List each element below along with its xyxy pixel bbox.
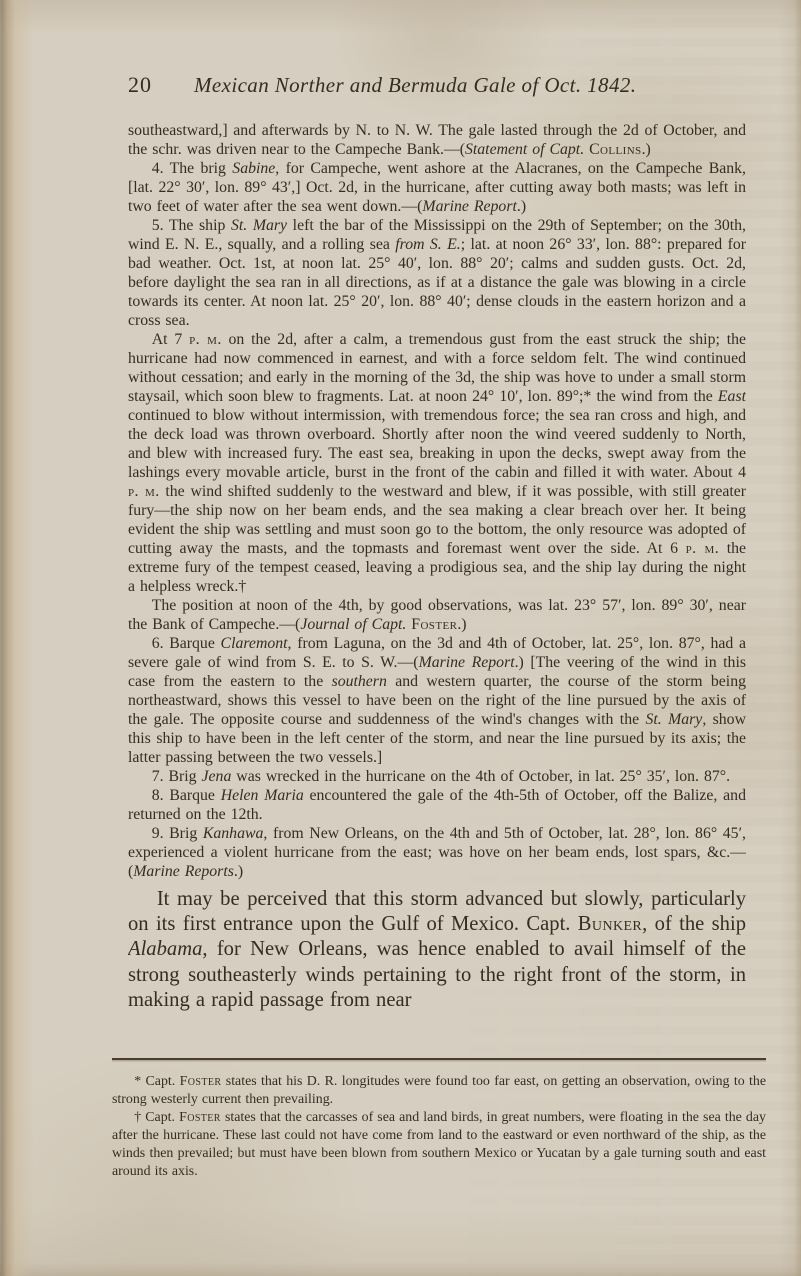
para-schr-continuation: southeastward,] and afterwards by N. to …	[128, 121, 746, 159]
para-5-ship-st-mary: 5. The ship St. Mary left the bar of the…	[128, 216, 746, 330]
para-st-mary-hurricane-narrative: At 7 p. m. on the 2d, after a calm, a tr…	[128, 330, 746, 596]
footnote-dagger: † Capt. Foster states that the carcasses…	[112, 1109, 766, 1181]
para-4-brig-sabine: 4. The brig Sabine, for Campeche, went a…	[128, 159, 746, 216]
footnote-asterisk: * Capt. Foster states that his D. R. lon…	[112, 1073, 766, 1109]
footnote-separator-rule	[112, 1058, 766, 1060]
footnotes-section: * Capt. Foster states that his D. R. lon…	[112, 1058, 766, 1181]
para-9-brig-kanhawa: 9. Brig Kanhawa, from New Orleans, on th…	[128, 824, 746, 881]
text-block: southeastward,] and afterwards by N. to …	[128, 121, 746, 1053]
page-number: 20	[128, 72, 152, 97]
para-7-brig-jena: 7. Brig Jena was wrecked in the hurrican…	[128, 767, 746, 786]
para-storm-summary: It may be perceived that this storm adva…	[128, 887, 746, 1013]
para-6-barque-claremont: 6. Barque Claremont, from Laguna, on the…	[128, 634, 746, 767]
running-head-title: Mexican Norther and Bermuda Gale of Oct.…	[194, 73, 636, 97]
para-position-noon-4th: The position at noon of the 4th, by good…	[128, 596, 746, 634]
book-page: 20Mexican Norther and Bermuda Gale of Oc…	[0, 0, 801, 1276]
para-8-barque-helen-maria: 8. Barque Helen Maria encountered the ga…	[128, 786, 746, 824]
running-head: 20Mexican Norther and Bermuda Gale of Oc…	[128, 72, 746, 98]
